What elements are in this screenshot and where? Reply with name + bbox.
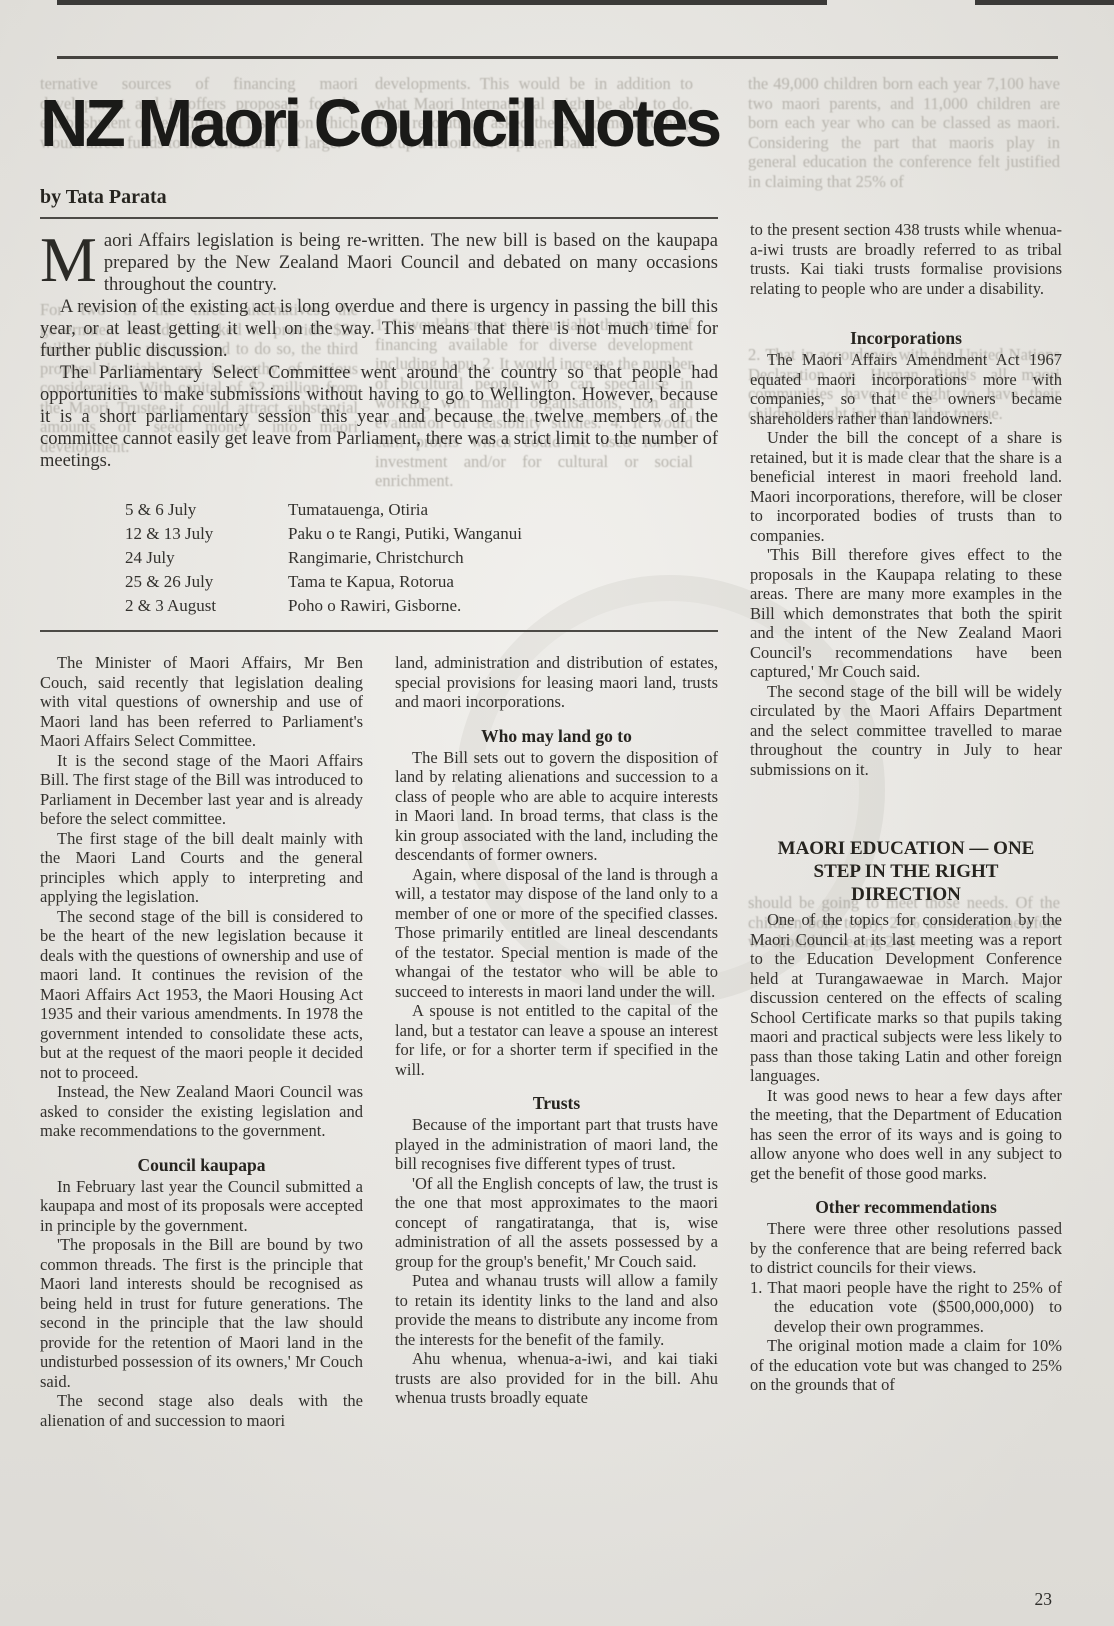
main-article-area: by Tata Parata Maori Affairs legislation… (40, 186, 718, 1430)
scan-edge-bar (975, 0, 1114, 5)
intro-paragraph: A revision of the existing act is long o… (40, 296, 718, 362)
paragraph: The second stage also deals with the ali… (40, 1391, 363, 1430)
schedule-venue: Poho o Rawiri, Gisborne. (288, 594, 718, 618)
paragraph: The Maori Affairs Amendment Act 1967 equ… (750, 350, 1062, 428)
schedule-date: 2 & 3 August (125, 594, 288, 618)
paragraph: The first stage of the bill dealt mainly… (40, 829, 363, 907)
paragraph: In February last year the Council submit… (40, 1177, 363, 1236)
paragraph: 'This Bill therefore gives effect to the… (750, 545, 1062, 682)
paragraph: The original motion made a claim for 10%… (750, 1336, 1062, 1395)
byline-rule (40, 217, 718, 219)
paragraph: The second stage of the bill will be wid… (750, 682, 1062, 780)
section-heading-maori-education: MAORI EDUCATION — ONE STEP IN THE RIGHT … (758, 837, 1054, 906)
paragraph: The second stage of the bill is consider… (40, 907, 363, 1083)
schedule-row: 5 & 6 July Tumatauenga, Otiria (40, 498, 718, 522)
paragraph: It was good news to hear a few days afte… (750, 1086, 1062, 1184)
paragraph: The Minister of Maori Affairs, Mr Ben Co… (40, 653, 363, 751)
paragraph: land, administration and distribution of… (395, 653, 718, 712)
schedule-venue: Tama te Kapua, Rotorua (288, 570, 718, 594)
paragraph: to the present section 438 trusts while … (750, 220, 1062, 298)
paragraph: Again, where disposal of the land is thr… (395, 865, 718, 1002)
section-heading-council-kaupapa: Council kaupapa (40, 1155, 363, 1175)
paragraph: 'Of all the English concepts of law, the… (395, 1174, 718, 1272)
paragraph: It is the second stage of the Maori Affa… (40, 751, 363, 829)
paragraph: There were three other resolutions passe… (750, 1219, 1062, 1278)
column-left: The Minister of Maori Affairs, Mr Ben Co… (40, 653, 363, 1430)
intro-paragraph: The Parliamentary Select Committee went … (40, 362, 718, 472)
schedule-date: 5 & 6 July (125, 498, 288, 522)
meeting-schedule: 5 & 6 July Tumatauenga, Otiria 12 & 13 J… (40, 498, 718, 618)
schedule-date: 12 & 13 July (125, 522, 288, 546)
schedule-date: 24 July (125, 546, 288, 570)
page-number: 23 (1035, 1589, 1053, 1610)
paragraph: Instead, the New Zealand Maori Council w… (40, 1082, 363, 1141)
intro-paragraph: Maori Affairs legislation is being re-wr… (40, 230, 718, 296)
list-item-resolution-1: 1. That maori people have the right to 2… (750, 1278, 1062, 1337)
intro-section: Maori Affairs legislation is being re-wr… (40, 230, 718, 472)
schedule-venue: Rangimarie, Christchurch (288, 546, 718, 570)
section-heading-trusts: Trusts (395, 1093, 718, 1113)
paragraph: 'The proposals in the Bill are bound by … (40, 1235, 363, 1391)
magazine-page: ternative sources of financing maori dev… (0, 0, 1114, 1626)
section-heading-incorporations: Incorporations (750, 328, 1062, 348)
paragraph: Because of the important part that trust… (395, 1115, 718, 1174)
paragraph: Putea and whanau trusts will allow a fam… (395, 1271, 718, 1349)
schedule-rule (40, 630, 718, 632)
page-title: NZ Maori Council Notes (40, 88, 1062, 160)
dropcap: M (40, 230, 104, 288)
schedule-venue: Tumatauenga, Otiria (288, 498, 718, 522)
scan-edge-bar (57, 0, 827, 5)
schedule-venue: Paku o te Rangi, Putiki, Wanganui (288, 522, 718, 546)
section-heading-who-may-land-go-to: Who may land go to (395, 726, 718, 746)
byline: by Tata Parata (40, 186, 718, 209)
column-middle: land, administration and distribution of… (395, 653, 718, 1430)
schedule-date: 25 & 26 July (125, 570, 288, 594)
paragraph: A spouse is not entitled to the capital … (395, 1001, 718, 1079)
paragraph: The Bill sets out to govern the disposit… (395, 748, 718, 865)
paragraph: Ahu whenua, whenua-a-iwi, and kai tiaki … (395, 1349, 718, 1408)
top-rule (57, 56, 1058, 59)
paragraph: One of the topics for consideration by t… (750, 910, 1062, 1086)
column-right: to the present section 438 trusts while … (750, 186, 1062, 1430)
section-heading-other-recommendations: Other recommendations (750, 1197, 1062, 1217)
schedule-row: 24 July Rangimarie, Christchurch (40, 546, 718, 570)
paragraph: Under the bill the concept of a share is… (750, 428, 1062, 545)
schedule-row: 12 & 13 July Paku o te Rangi, Putiki, Wa… (40, 522, 718, 546)
schedule-row: 2 & 3 August Poho o Rawiri, Gisborne. (40, 594, 718, 618)
schedule-row: 25 & 26 July Tama te Kapua, Rotorua (40, 570, 718, 594)
